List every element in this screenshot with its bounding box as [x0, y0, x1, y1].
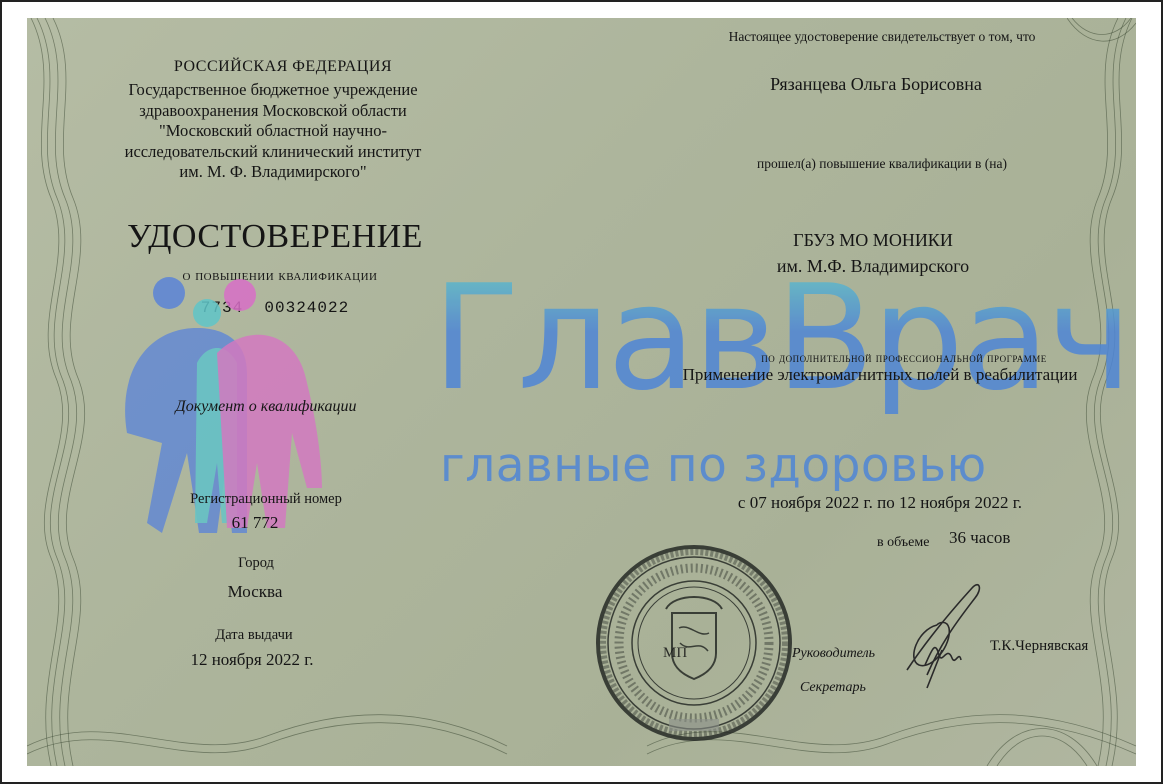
institution-line: "Московский областной научно- — [125, 121, 422, 142]
handwritten-signature-icon — [897, 580, 987, 690]
institution-line: исследовательский клинический институт — [125, 142, 422, 163]
issue-date: 12 ноября 2022 г. — [190, 650, 313, 670]
institution-line: Государственное бюджетное учреждение — [125, 80, 422, 101]
institution-name: Государственное бюджетное учреждение здр… — [125, 80, 422, 183]
guilloche-bottom-border-icon — [27, 696, 1136, 766]
certificate-document: РОССИЙСКАЯ ФЕДЕРАЦИЯ Государственное бюд… — [27, 18, 1136, 766]
passed-text: прошел(а) повышение квалификации в (на) — [757, 156, 1007, 172]
official-stamp-icon — [594, 543, 794, 743]
program-label: по дополнительной профессиональной прогр… — [761, 350, 1046, 366]
reg-number-label: Регистрационный номер — [190, 491, 342, 508]
stamp-mark: МП — [663, 645, 687, 662]
intro-text: Настоящее удостоверение свидетельствует … — [729, 29, 1036, 45]
volume-hours: 36 часов — [949, 528, 1010, 548]
city-value: Москва — [228, 582, 283, 602]
certificate-title: УДОСТОВЕРЕНИЕ — [127, 218, 423, 256]
secretary-label: Секретарь — [800, 680, 866, 696]
volume-label: в объеме — [877, 535, 929, 551]
org-name-line1: ГБУЗ МО МОНИКИ — [793, 230, 953, 251]
city-label: Город — [238, 555, 274, 572]
watermark-brand: ГлавВрач — [432, 264, 1129, 414]
head-label: Руководитель — [792, 646, 875, 662]
country-heading: РОССИЙСКАЯ ФЕДЕРАЦИЯ — [174, 58, 392, 76]
institution-line: здравоохранения Московской области — [125, 101, 422, 122]
guilloche-top-ornament-icon — [1067, 18, 1136, 58]
guilloche-left-border-icon — [27, 18, 87, 766]
training-period: с 07 ноября 2022 г. по 12 ноября 2022 г. — [738, 493, 1022, 513]
document-caption: Документ о квалификации — [176, 398, 357, 416]
watermark-tagline: главные по здоровью — [440, 440, 987, 492]
signer-name: Т.К.Чернявская — [990, 638, 1088, 655]
institution-line: им. М. Ф. Владимирского" — [125, 162, 422, 183]
issue-date-label: Дата выдачи — [215, 627, 292, 644]
program-name: Применение электромагнитных полей в реаб… — [683, 365, 1078, 385]
reg-number: 61 772 — [232, 513, 279, 533]
holder-full-name: Рязанцева Ольга Борисовна — [770, 74, 982, 95]
